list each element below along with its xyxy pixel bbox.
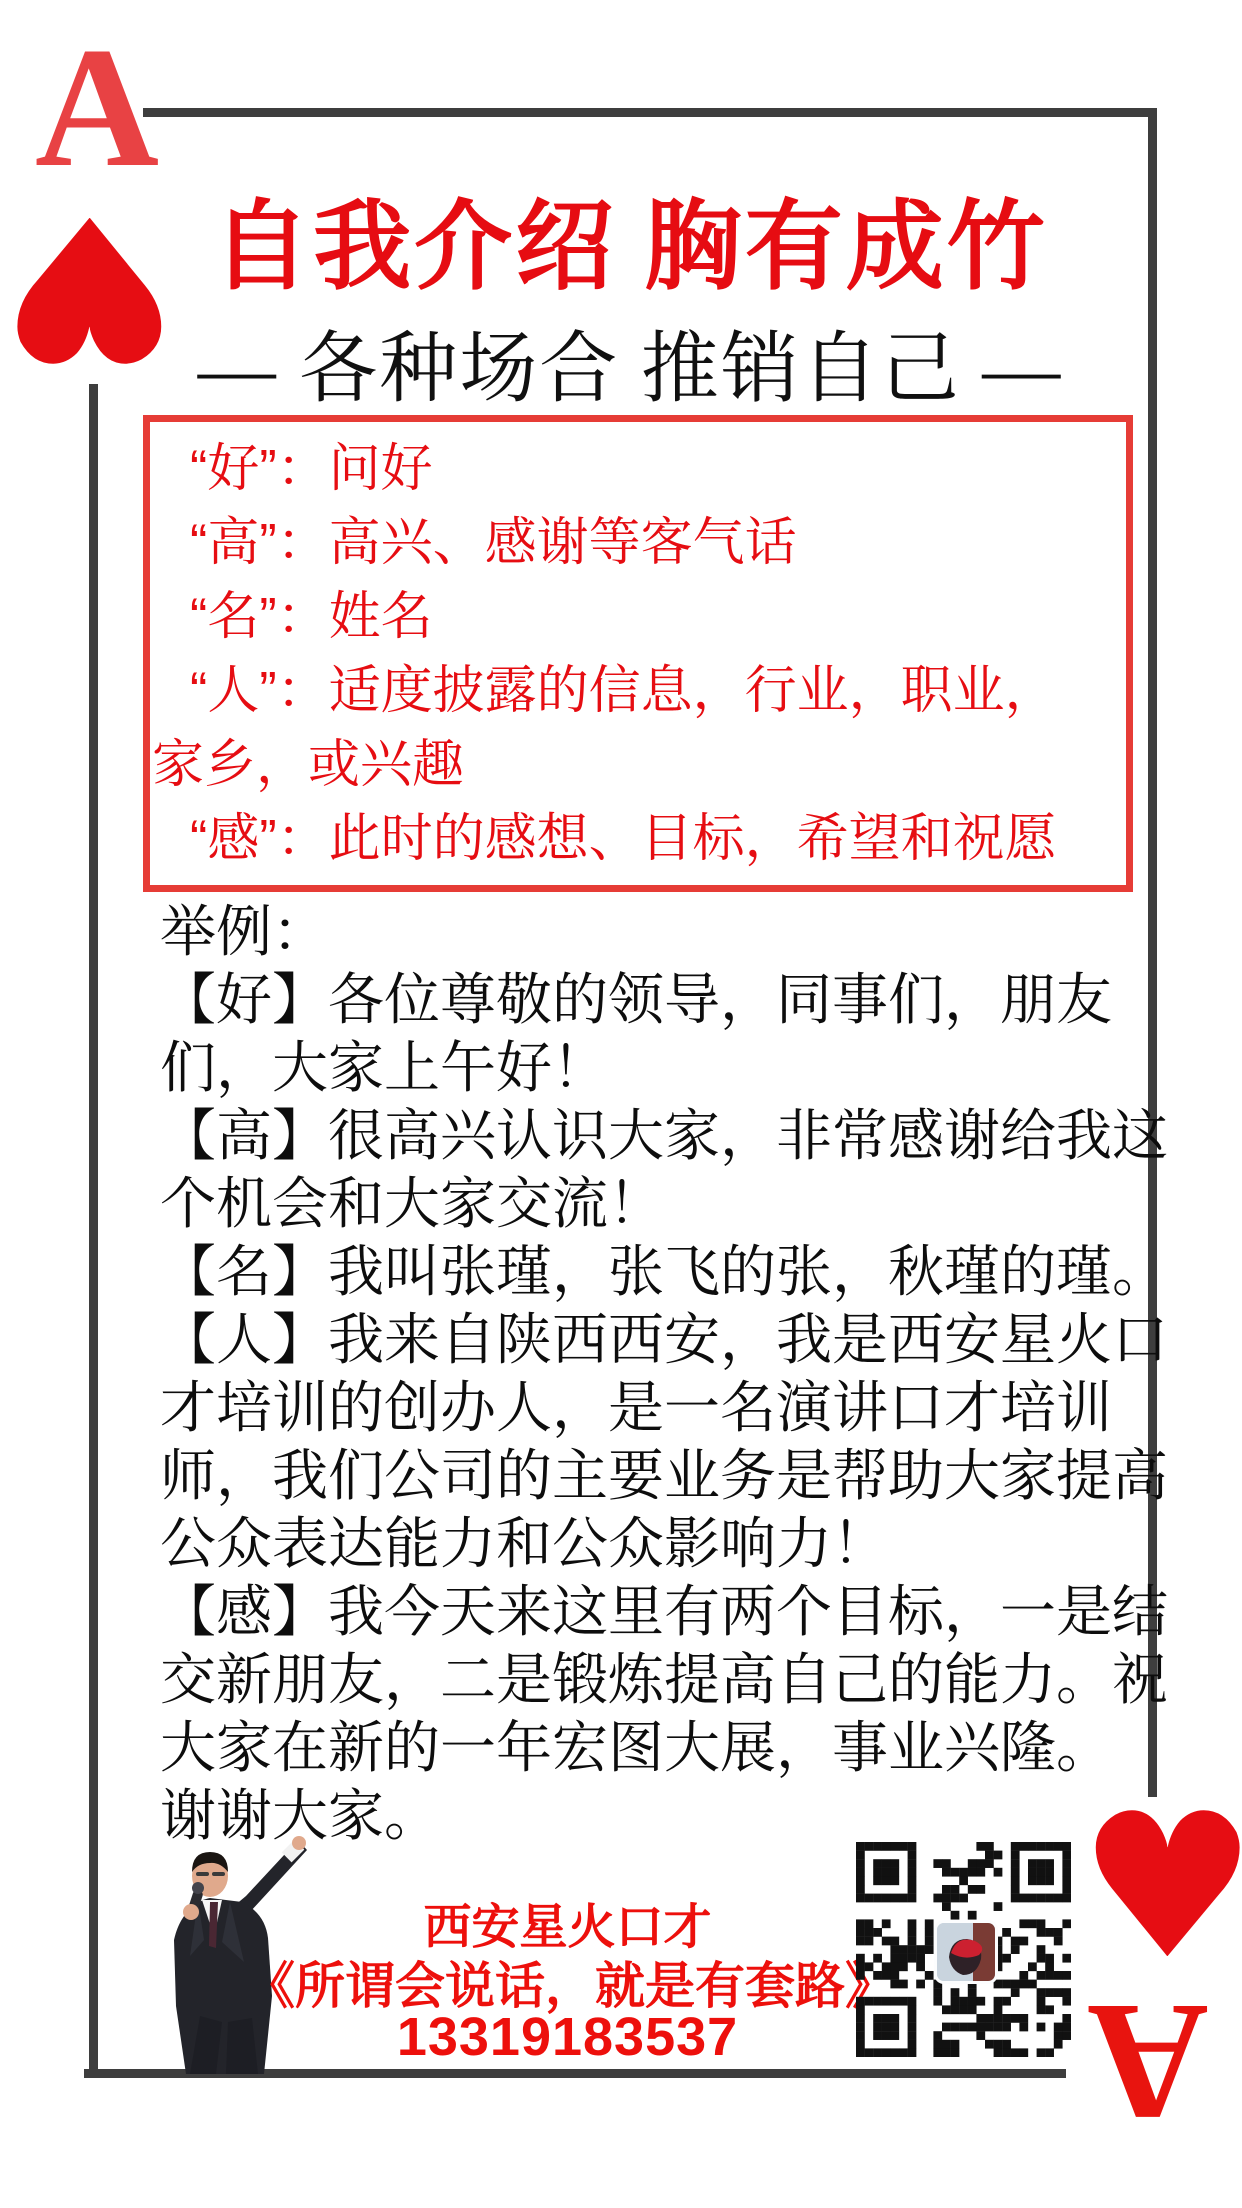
card-border-left xyxy=(89,384,98,2077)
example-text: 举例：【好】各位尊敬的领导，同事们，朋友们，大家上午好！【高】很高兴认识大家，非… xyxy=(160,898,1145,1850)
example-line: 们，大家上午好！ xyxy=(160,1034,1145,1102)
example-line: 【高】很高兴认识大家，非常感谢给我这 xyxy=(160,1102,1145,1170)
phone-number: 13319183537 xyxy=(245,2006,890,2068)
formula-line: “高”：高兴、感谢等客气话 xyxy=(152,506,1126,580)
page-title: 自我介绍 胸有成竹 xyxy=(20,168,1240,309)
formula-line: “名”：姓名 xyxy=(152,580,1126,654)
formula-line: 家乡，或兴趣 xyxy=(152,728,1126,802)
heart-suit-icon: ♥ xyxy=(1078,1788,1233,1988)
formula-line: “感”：此时的感想、目标，希望和祝愿 xyxy=(152,802,1126,876)
formula-line: “人”：适度披露的信息，行业，职业， xyxy=(152,654,1126,728)
example-line: 举例： xyxy=(160,898,1145,966)
ace-card-poster: A ♥ 自我介绍 胸有成竹 — 各种场合 推销自己 — “好”：问好“高”：高兴… xyxy=(0,0,1242,2208)
example-line: 【人】我来自陕西西安，我是西安星火口 xyxy=(160,1306,1145,1374)
qr-center-avatar xyxy=(934,1920,998,1984)
card-border-top xyxy=(143,108,1157,117)
example-line: 【好】各位尊敬的领导，同事们，朋友 xyxy=(160,966,1145,1034)
example-line: 【名】我叫张瑾，张飞的张，秋瑾的瑾。 xyxy=(160,1238,1145,1306)
example-line: 大家在新的一年宏图大展，事业兴隆。 xyxy=(160,1714,1145,1782)
example-line: 个机会和大家交流！ xyxy=(160,1170,1145,1238)
example-line: 才培训的创办人，是一名演讲口才培训 xyxy=(160,1374,1145,1442)
formula-box: “好”：问好“高”：高兴、感谢等客气话“名”：姓名“人”：适度披露的信息，行业，… xyxy=(143,415,1133,892)
example-line: 公众表达能力和公众影响力！ xyxy=(160,1510,1145,1578)
page-subtitle: — 各种场合 推销自己 — xyxy=(20,306,1240,418)
example-line: 师，我们公司的主要业务是帮助大家提高 xyxy=(160,1442,1145,1510)
card-rank-bottom-right: A xyxy=(1078,1978,1218,2146)
example-line: 交新朋友，二是锻炼提高自己的能力。祝 xyxy=(160,1646,1145,1714)
example-line: 【感】我今天来这里有两个目标，一是结 xyxy=(160,1578,1145,1646)
formula-line: “好”：问好 xyxy=(152,432,1126,506)
